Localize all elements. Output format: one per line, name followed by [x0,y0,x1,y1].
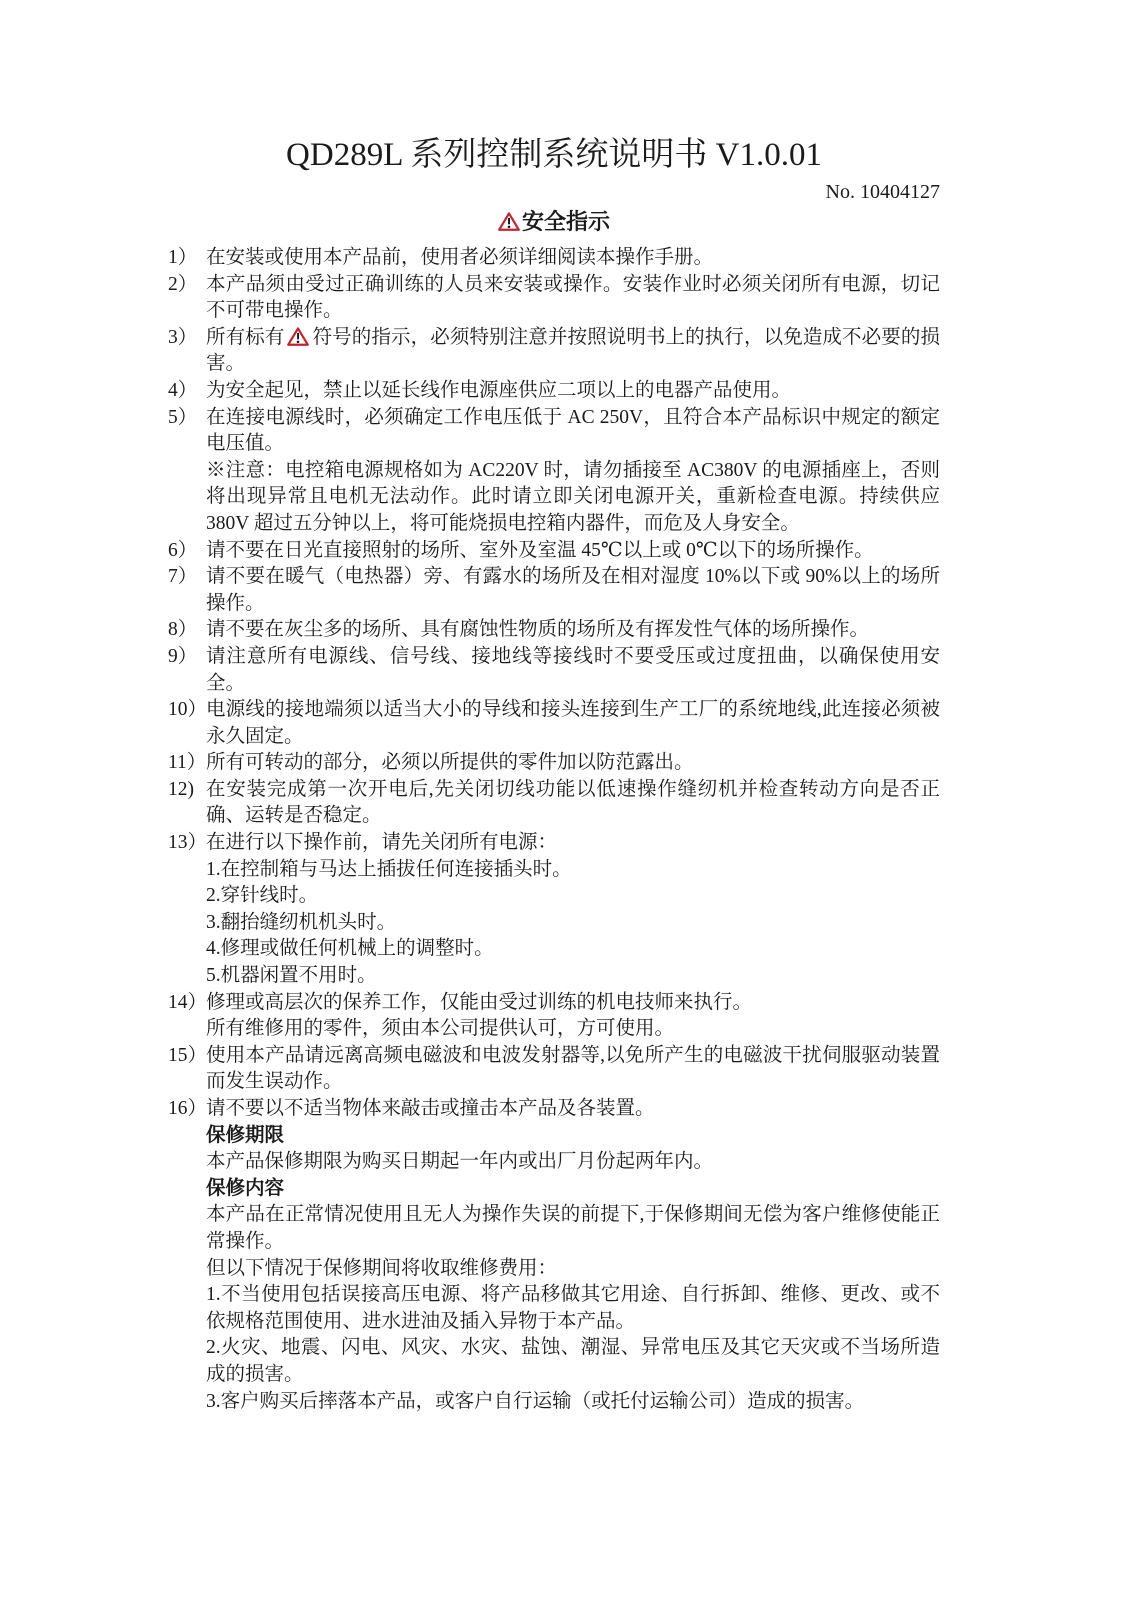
item-number: 5） [168,405,197,432]
safety-item-3: 3） 所有标有符号的指示，必须特别注意并按照说明书上的执行，以免造成不必要的损害… [168,325,940,378]
item-text: 请不要以不适当物体来敲击或撞击本产品及各装置。 [206,1096,940,1123]
item-text: 在连接电源线时，必须确定工作电压低于 AC 250V，且符合本产品标识中规定的额… [206,405,940,458]
item-text-pre: 所有标有 [206,327,284,348]
item-text: 电源线的接地端须以适当大小的导线和接头连接到生产工厂的系统地线,此连接必须被永久… [206,697,940,750]
item-number: 10） [168,697,207,724]
item-number: 7） [168,564,197,591]
warranty-fee-item: 2.火灾、地震、闪电、风灾、水灾、盐蚀、潮湿、异常电压及其它天灾或不当场所造成的… [206,1335,940,1388]
item-number: 3） [168,325,197,352]
safety-item-11: 11） 所有可转动的部分，必须以所提供的零件加以防范露出。 [168,750,940,777]
item-text: 所有标有符号的指示，必须特别注意并按照说明书上的执行，以免造成不必要的损害。 [206,325,940,378]
safety-item-8: 8） 请不要在灰尘多的场所、具有腐蚀性物质的场所及有挥发性气体的场所操作。 [168,617,940,644]
warranty-content-heading: 保修内容 [206,1176,940,1203]
item-number: 16） [168,1096,207,1123]
warranty-fee-item: 1.不当使用包括误接高压电源、将产品移做其它用途、自行拆卸、维修、更改、或不依规… [206,1282,940,1335]
item-number: 14） [168,990,207,1017]
warranty-fee-item: 3.客户购买后摔落本产品，或客户自行运输（或托付运输公司）造成的损害。 [206,1389,940,1416]
warranty-section: 保修期限 本产品保修期限为购买日期起一年内或出厂月份起两年内。 保修内容 本产品… [168,1123,940,1416]
safety-item-12: 12) 在安装完成第一次开电后,先关闭切线功能以低速操作缝纫机并检查转动方向是否… [168,777,940,830]
item-number: 1） [168,245,197,272]
item-text: 为安全起见，禁止以延长线作电源座供应二项以上的电器产品使用。 [206,378,940,405]
document-number: No. 10404127 [168,179,940,206]
warranty-content-text: 本产品在正常情况使用且无人为操作失误的前提下,于保修期间无偿为客户维修使能正常操… [206,1202,940,1255]
safety-item-4: 4） 为安全起见，禁止以延长线作电源座供应二项以上的电器产品使用。 [168,378,940,405]
safety-item-9: 9） 请注意所有电源线、信号线、接地线等接线时不要受压或过度扭曲，以确保使用安全… [168,644,940,697]
warranty-fee-intro: 但以下情况于保修期间将收取维修费用： [206,1256,940,1283]
item-text-post: 符号的指示，必须特别注意并按照说明书上的执行，以免造成不必要的损害。 [206,327,940,375]
safety-section-heading: 安全指示 [168,207,940,237]
item-text: 请不要在灰尘多的场所、具有腐蚀性物质的场所及有挥发性气体的场所操作。 [206,617,940,644]
item-text: 在进行以下操作前，请先关闭所有电源： [206,830,940,857]
item-extra-text: 所有维修用的零件，须由本公司提供认可，方可使用。 [206,1016,940,1043]
item-sub-step: 1.在控制箱与马达上插拔任何连接插头时。 [206,857,940,884]
item-sub-step: 3.翻抬缝纫机机头时。 [206,910,940,937]
item-text: 在安装完成第一次开电后,先关闭切线功能以低速操作缝纫机并检查转动方向是否正确、运… [206,777,940,830]
item-sub-step: 5.机器闲置不用时。 [206,963,940,990]
item-text: 所有可转动的部分，必须以所提供的零件加以防范露出。 [206,750,940,777]
document-page: QD289L 系列控制系统说明书 V1.0.01 No. 10404127 安全… [0,0,1131,1600]
item-note: ※注意：电控箱电源规格如为 AC220V 时，请勿插接至 AC380V 的电源插… [206,458,940,538]
item-text: 请不要在暖气（电热器）旁、有露水的场所及在相对湿度 10%以下或 90%以上的场… [206,564,940,617]
warranty-period-heading: 保修期限 [206,1123,940,1150]
safety-item-2: 2） 本产品须由受过正确训练的人员来安装或操作。安装作业时必须关闭所有电源，切记… [168,272,940,325]
item-text: 在安装或使用本产品前，使用者必须详细阅读本操作手册。 [206,245,940,272]
safety-item-1: 1） 在安装或使用本产品前，使用者必须详细阅读本操作手册。 [168,245,940,272]
safety-item-10: 10） 电源线的接地端须以适当大小的导线和接头连接到生产工厂的系统地线,此连接必… [168,697,940,750]
item-text: 使用本产品请远离高频电磁波和电波发射器等,以免所产生的电磁波干扰伺服驱动装置而发… [206,1043,940,1096]
safety-instructions-list: 1） 在安装或使用本产品前，使用者必须详细阅读本操作手册。 2） 本产品须由受过… [168,245,940,1415]
safety-item-7: 7） 请不要在暖气（电热器）旁、有露水的场所及在相对湿度 10%以下或 90%以… [168,564,940,617]
safety-item-5: 5） 在连接电源线时，必须确定工作电压低于 AC 250V，且符合本产品标识中规… [168,405,940,538]
item-number: 8） [168,617,197,644]
item-number: 12) [168,777,194,804]
item-text: 本产品须由受过正确训练的人员来安装或操作。安装作业时必须关闭所有电源，切记不可带… [206,272,940,325]
item-text: 请不要在日光直接照射的场所、室外及室温 45℃以上或 0℃以下的场所操作。 [206,538,940,565]
safety-item-13: 13） 在进行以下操作前，请先关闭所有电源： 1.在控制箱与马达上插拔任何连接插… [168,830,940,990]
document-title: QD289L 系列控制系统说明书 V1.0.01 [168,132,940,178]
item-text: 请注意所有电源线、信号线、接地线等接线时不要受压或过度扭曲，以确保使用安全。 [206,644,940,697]
item-number: 4） [168,378,197,405]
item-number: 13） [168,830,207,857]
safety-item-6: 6） 请不要在日光直接照射的场所、室外及室温 45℃以上或 0℃以下的场所操作。 [168,538,940,565]
warranty-period-text: 本产品保修期限为购买日期起一年内或出厂月份起两年内。 [206,1149,940,1176]
item-sub-step: 4.修理或做任何机械上的调整时。 [206,936,940,963]
item-number: 6） [168,538,197,565]
item-number: 9） [168,644,197,671]
safety-item-16: 16） 请不要以不适当物体来敲击或撞击本产品及各装置。 [168,1096,940,1123]
item-sub-step: 2.穿针线时。 [206,883,940,910]
safety-item-15: 15） 使用本产品请远离高频电磁波和电波发射器等,以免所产生的电磁波干扰伺服驱动… [168,1043,940,1096]
safety-item-14: 14） 修理或高层次的保养工作，仅能由受过训练的机电技师来执行。 所有维修用的零… [168,990,940,1043]
safety-heading-text: 安全指示 [522,209,610,234]
item-number: 15） [168,1043,207,1070]
warning-triangle-icon [287,327,309,346]
item-text: 修理或高层次的保养工作，仅能由受过训练的机电技师来执行。 [206,990,940,1017]
warning-triangle-icon [498,212,520,231]
item-number: 2） [168,272,197,299]
item-number: 11） [168,750,206,777]
